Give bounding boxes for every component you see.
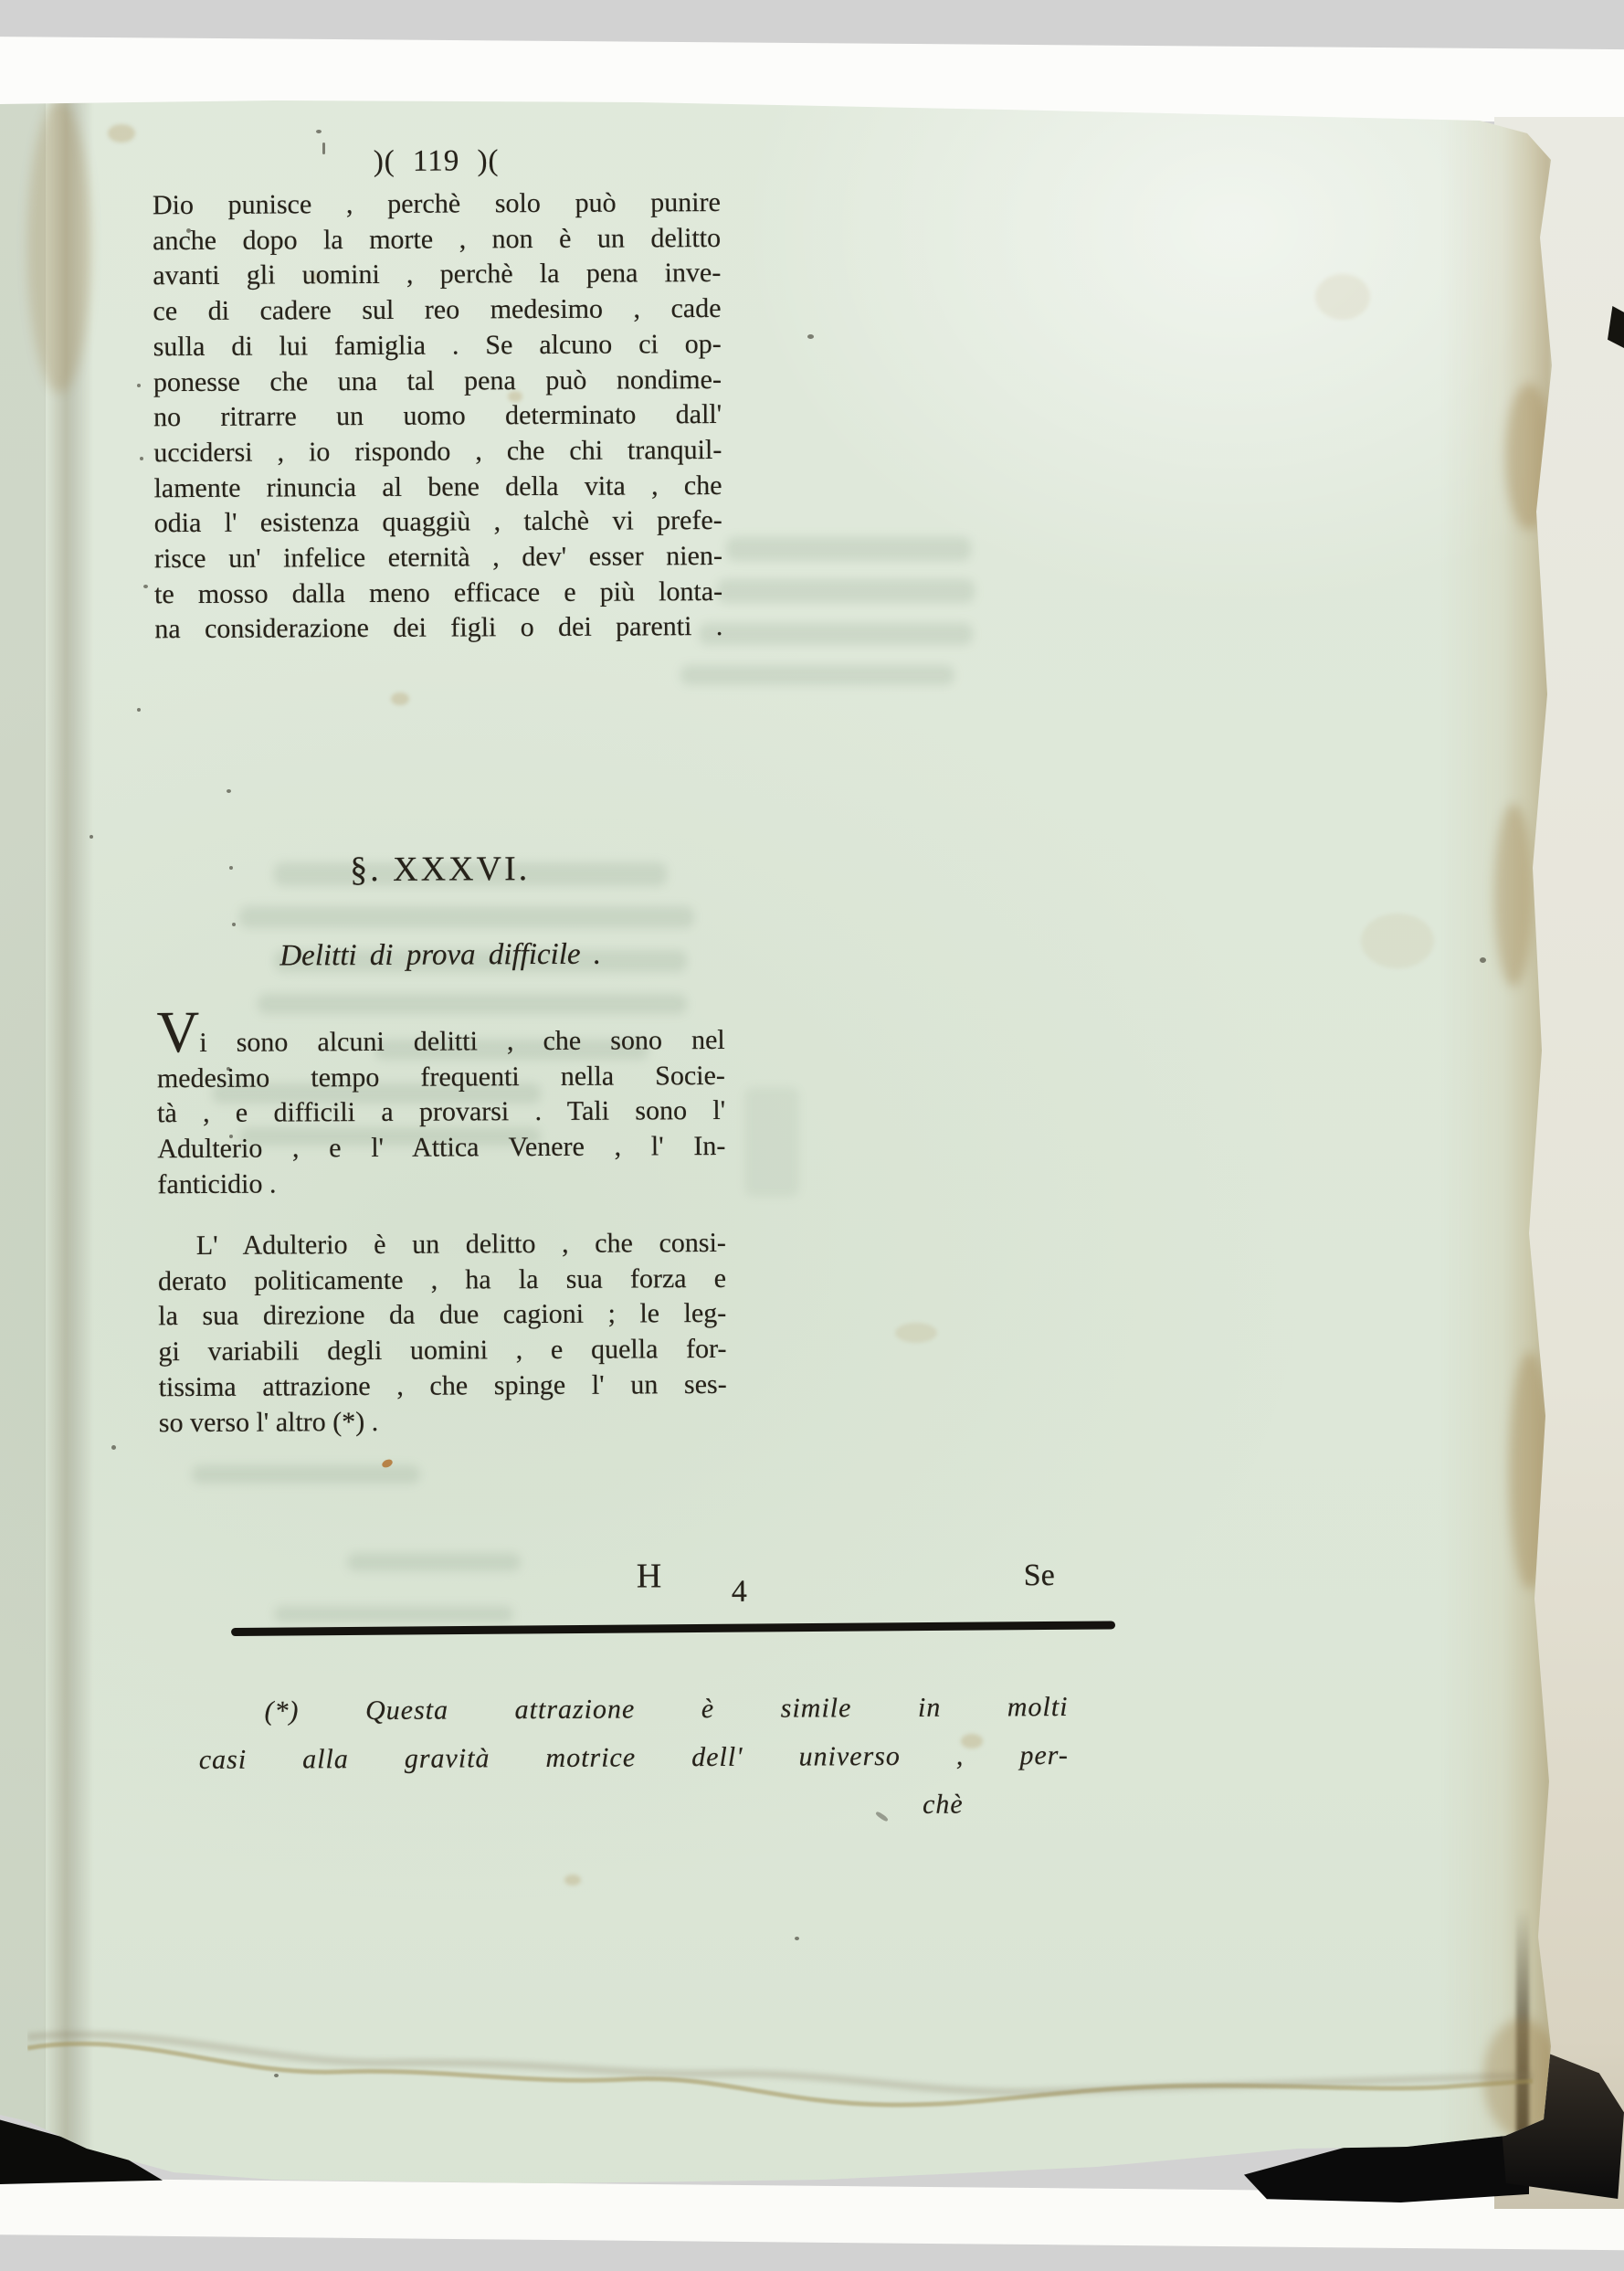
page-number-header: )( 119 )( bbox=[153, 140, 721, 183]
text-line: sulla di lui famiglia . Se alcuno ci op- bbox=[153, 327, 722, 365]
section-number-heading: §. XXXVI. bbox=[156, 848, 724, 891]
text-line: gi variabili degli uomini , e quella for… bbox=[158, 1332, 726, 1370]
text-line: chè bbox=[199, 1780, 1069, 1833]
paragraph-adultery: L' Adulterio è un delitto , che consi-de… bbox=[158, 1226, 727, 1441]
text-line: tà , e difficili a provarsi . Tali sono … bbox=[157, 1093, 725, 1132]
text-line: so verso l' altro (*) . bbox=[159, 1402, 727, 1441]
text-line: na considerazione dei figli o dei parent… bbox=[154, 609, 722, 648]
catchword: Se bbox=[1024, 1560, 1055, 1591]
text-line: odia l' esistenza quaggiù , talchè vi pr… bbox=[154, 503, 722, 542]
text-line: (*) Questa attrazione è simile in molti bbox=[198, 1683, 1068, 1736]
printed-text-layer: )( 119 )( Dio punisce , perchè solo può … bbox=[0, 0, 1624, 2271]
signature-mark-letter: H bbox=[637, 1558, 662, 1593]
text-line: risce un' infelice eternità , dev' esser… bbox=[154, 539, 722, 577]
text-line: Adulterio , e l' Attica Venere , l' In- bbox=[157, 1129, 725, 1167]
text-line: ponesse che una tal pena può nondime- bbox=[153, 362, 722, 400]
text-line: ce di cadere sul reo medesimo , cade bbox=[153, 291, 721, 330]
footnote-rule bbox=[231, 1621, 1115, 1636]
text-line: anche dopo la morte , non è un delitto bbox=[153, 221, 721, 259]
text-line: Dio punisce , perchè solo può punire bbox=[153, 185, 721, 224]
text-line: tissima attrazione , che spinge l' un se… bbox=[159, 1368, 727, 1406]
text-line: uccidersi , io rispondo , che chi tranqu… bbox=[153, 433, 722, 471]
footnote: (*) Questa attrazione è simile in moltic… bbox=[198, 1683, 1069, 1833]
text-line: no ritrarre un uomo determinato dall' bbox=[153, 397, 722, 436]
text-line: derato politicamente , ha la sua forza e bbox=[158, 1262, 726, 1300]
text-line: Vi sono alcuni delitti , che sono nel bbox=[157, 1023, 725, 1062]
scanned-book-page: )( 119 )( Dio punisce , perchè solo può … bbox=[0, 0, 1624, 2271]
text-line: fanticidio . bbox=[157, 1165, 725, 1203]
text-line: medesimo tempo frequenti nella Socie- bbox=[157, 1059, 725, 1097]
text-line: L' Adulterio è un delitto , che consi- bbox=[158, 1226, 726, 1264]
paragraph-suicide: Dio punisce , perchè solo può punireanch… bbox=[153, 185, 723, 648]
text-line: casi alla gravità motrice dell' universo… bbox=[199, 1731, 1069, 1784]
paragraph-crimes-hard-to-prove: Vi sono alcuni delitti , che sono nelmed… bbox=[157, 1023, 726, 1203]
signature-mark-number: 4 bbox=[732, 1577, 747, 1608]
text-line: la sua direzione da due cagioni ; le leg… bbox=[158, 1296, 726, 1335]
text-line: te mosso dalla meno efficace e più lonta… bbox=[154, 575, 722, 613]
text-line: avanti gli uomini , perchè la pena inve- bbox=[153, 256, 721, 294]
section-title: Delitti di prova difficile . bbox=[156, 935, 724, 975]
book-page-paper: )( 119 )( Dio punisce , perchè solo può … bbox=[0, 0, 1624, 2271]
text-line: lamente rinuncia al bene della vita , ch… bbox=[153, 469, 722, 507]
